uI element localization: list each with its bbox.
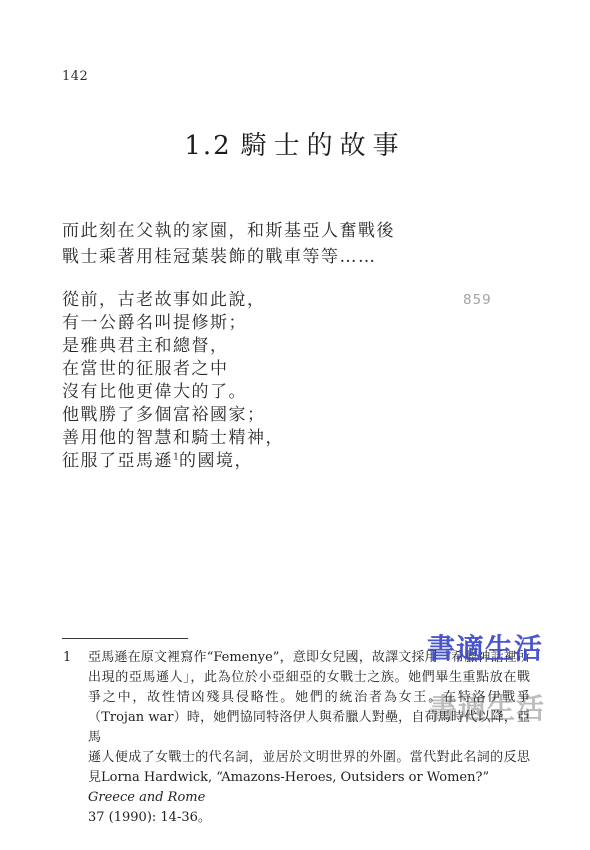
poem: 從前，古老故事如此說， 有一公爵名叫提修斯； 是雅典君主和總督， 在當世的征服者…: [62, 289, 284, 473]
poem-line: 征服了亞馬遜1的國境，: [62, 450, 284, 473]
footnote-body: 亞馬遜在原文裡寫作“Femenye”，意即女兒國，故譯文採用「希臘神話裡所 出現…: [88, 648, 530, 828]
footnote-marker: 1: [63, 648, 71, 668]
footnote-line: （Trojan war）時，她們協同特洛伊人與希臘人對壘，自荷馬時代以降，亞馬: [88, 708, 530, 748]
poem-line-text: 的國境，: [179, 451, 253, 471]
poem-line: 沒有比他更偉大的了。: [62, 381, 284, 404]
footnote-line: 37 (1990): 14-36。: [88, 808, 530, 828]
epigraph-line: 戰士乘著用桂冠葉裝飾的戰車等等……: [62, 244, 395, 270]
chapter-number: 1.2: [184, 131, 231, 161]
footnote-line: 亞馬遜在原文裡寫作“Femenye”，意即女兒國，故譯文採用「希臘神話裡所: [88, 648, 530, 668]
poem-line: 從前，古老故事如此說，: [62, 289, 284, 312]
poem-line: 在當世的征服者之中: [62, 358, 284, 381]
verse-line-number: 859: [463, 292, 492, 308]
poem-line-text: 征服了亞馬遜: [62, 451, 173, 471]
poem-line: 是雅典君主和總督，: [62, 335, 284, 358]
epigraph-line: 而此刻在父執的家園，和斯基亞人奮戰後: [62, 218, 395, 244]
page-number: 142: [62, 69, 88, 84]
footnote-citation-journal: Greece and Rome: [88, 790, 205, 805]
footnote-line: 見Lorna Hardwick, “Amazons-Heroes, Outsid…: [88, 768, 530, 808]
footnote-citation: 見Lorna Hardwick, “Amazons-Heroes, Outsid…: [88, 770, 489, 785]
footnote-line: 出現的亞馬遜人」，此為位於小亞細亞的女戰士之族。她們畢生重點放在戰: [88, 668, 530, 688]
chapter-title-text: 騎士的故事: [241, 131, 406, 161]
footnote: 1 亞馬遜在原文裡寫作“Femenye”，意即女兒國，故譯文採用「希臘神話裡所 …: [62, 648, 530, 828]
poem-line: 有一公爵名叫提修斯；: [62, 312, 284, 335]
footnote-line: 遜人便成了女戰士的代名詞，並居於文明世界的外圍。當代對此名詞的反思: [88, 748, 530, 768]
footnote-separator: [62, 638, 188, 639]
poem-line: 善用他的智慧和騎士精神，: [62, 427, 284, 450]
epigraph: 而此刻在父執的家園，和斯基亞人奮戰後 戰士乘著用桂冠葉裝飾的戰車等等……: [62, 218, 395, 270]
chapter-title: 1.2騎士的故事: [0, 125, 590, 162]
book-page: 142 1.2騎士的故事 而此刻在父執的家園，和斯基亞人奮戰後 戰士乘著用桂冠葉…: [0, 0, 590, 850]
poem-line: 他戰勝了多個富裕國家；: [62, 404, 284, 427]
footnote-line: 爭之中，故性情凶殘具侵略性。她們的統治者為女王。在特洛伊戰爭: [88, 688, 530, 708]
